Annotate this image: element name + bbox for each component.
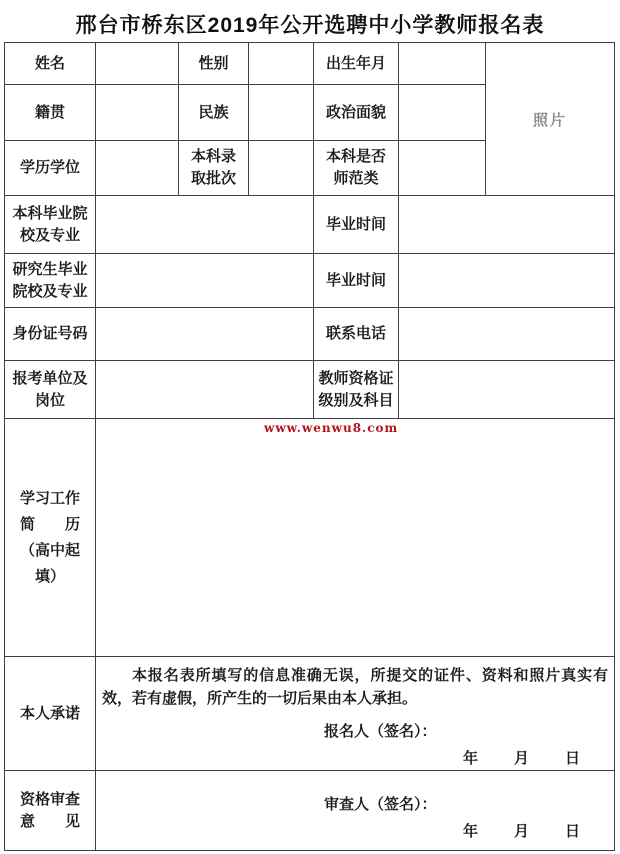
- gender-input-cell: [249, 43, 314, 85]
- review-label: 资格审查 意 见: [5, 771, 96, 851]
- birthdate-label: 出生年月: [314, 43, 399, 85]
- normal-major-input-cell: [399, 141, 486, 196]
- gender-label: 性别: [179, 43, 249, 85]
- id-number-input-cell: [96, 308, 314, 361]
- graduate-grad-time-input-cell: [399, 254, 615, 308]
- page-title: 邢台市桥东区2019年公开选聘中小学教师报名表: [0, 9, 620, 39]
- name-label: 姓名: [5, 43, 96, 85]
- apply-unit-input-cell: [96, 361, 314, 419]
- review-content-cell: 审查人（签名）： 年 月 日: [96, 771, 615, 851]
- review-date-line: 年 月 日: [96, 821, 614, 843]
- ethnicity-label: 民族: [179, 85, 249, 141]
- bachelor-school-label: 本科毕业院 校及专业: [5, 196, 96, 254]
- graduate-grad-time-label: 毕业时间: [314, 254, 399, 308]
- native-place-input-cell: [96, 85, 179, 141]
- bachelor-grad-time-label: 毕业时间: [314, 196, 399, 254]
- row-position-cert: 报考单位及 岗位 教师资格证 级别及科目: [5, 361, 615, 419]
- ethnicity-input-cell: [249, 85, 314, 141]
- row-graduate-school: 研究生毕业 院校及专业 毕业时间: [5, 254, 615, 308]
- graduate-school-label: 研究生毕业 院校及专业: [5, 254, 96, 308]
- row-bachelor-school: 本科毕业院 校及专业 毕业时间: [5, 196, 615, 254]
- reviewer-signature-label: 审查人（签名）：: [324, 794, 614, 816]
- phone-label: 联系电话: [314, 308, 399, 361]
- row-resume: 学习工作 简 历 （高中起 填） www.wenwu8.com: [5, 419, 615, 657]
- watermark-text: www.wenwu8.com: [264, 421, 398, 435]
- pledge-text: 本报名表所填写的信息准确无误，所提交的证件、资料和照片真实有效，若有虚假，所产生…: [102, 665, 608, 711]
- apply-unit-label: 报考单位及 岗位: [5, 361, 96, 419]
- education-degree-input-cell: [96, 141, 179, 196]
- applicant-signature-label: 报名人（签名）：: [324, 721, 614, 743]
- admission-batch-label: 本科录 取批次: [179, 141, 249, 196]
- pledge-content-cell: 本报名表所填写的信息准确无误，所提交的证件、资料和照片真实有效，若有虚假，所产生…: [96, 657, 615, 771]
- id-number-label: 身份证号码: [5, 308, 96, 361]
- resume-input-cell: www.wenwu8.com: [96, 419, 615, 657]
- resume-area: www.wenwu8.com: [96, 419, 614, 656]
- row-review: 资格审查 意 见 审查人（签名）： 年 月 日: [5, 771, 615, 851]
- birthdate-input-cell: [399, 43, 486, 85]
- political-status-input-cell: [399, 85, 486, 141]
- admission-batch-input-cell: [249, 141, 314, 196]
- name-input-cell: [96, 43, 179, 85]
- row-pledge: 本人承诺 本报名表所填写的信息准确无误，所提交的证件、资料和照片真实有效，若有虚…: [5, 657, 615, 771]
- pledge-date-line: 年 月 日: [96, 748, 614, 770]
- pledge-label: 本人承诺: [5, 657, 96, 771]
- bachelor-grad-time-input-cell: [399, 196, 615, 254]
- resume-label: 学习工作 简 历 （高中起 填）: [5, 419, 96, 657]
- row-basic-1: 姓名 性别 出生年月 照片: [5, 43, 615, 85]
- application-form-table: 姓名 性别 出生年月 照片 籍贯 民族 政治面貌 学历学位 本科录 取批次 本科…: [4, 42, 615, 851]
- teacher-cert-label: 教师资格证 级别及科目: [314, 361, 399, 419]
- education-degree-label: 学历学位: [5, 141, 96, 196]
- normal-major-label: 本科是否 师范类: [314, 141, 399, 196]
- graduate-school-input-cell: [96, 254, 314, 308]
- political-status-label: 政治面貌: [314, 85, 399, 141]
- row-id-phone: 身份证号码 联系电话: [5, 308, 615, 361]
- phone-input-cell: [399, 308, 615, 361]
- bachelor-school-input-cell: [96, 196, 314, 254]
- native-place-label: 籍贯: [5, 85, 96, 141]
- photo-placeholder: 照片: [486, 43, 615, 196]
- teacher-cert-input-cell: [399, 361, 615, 419]
